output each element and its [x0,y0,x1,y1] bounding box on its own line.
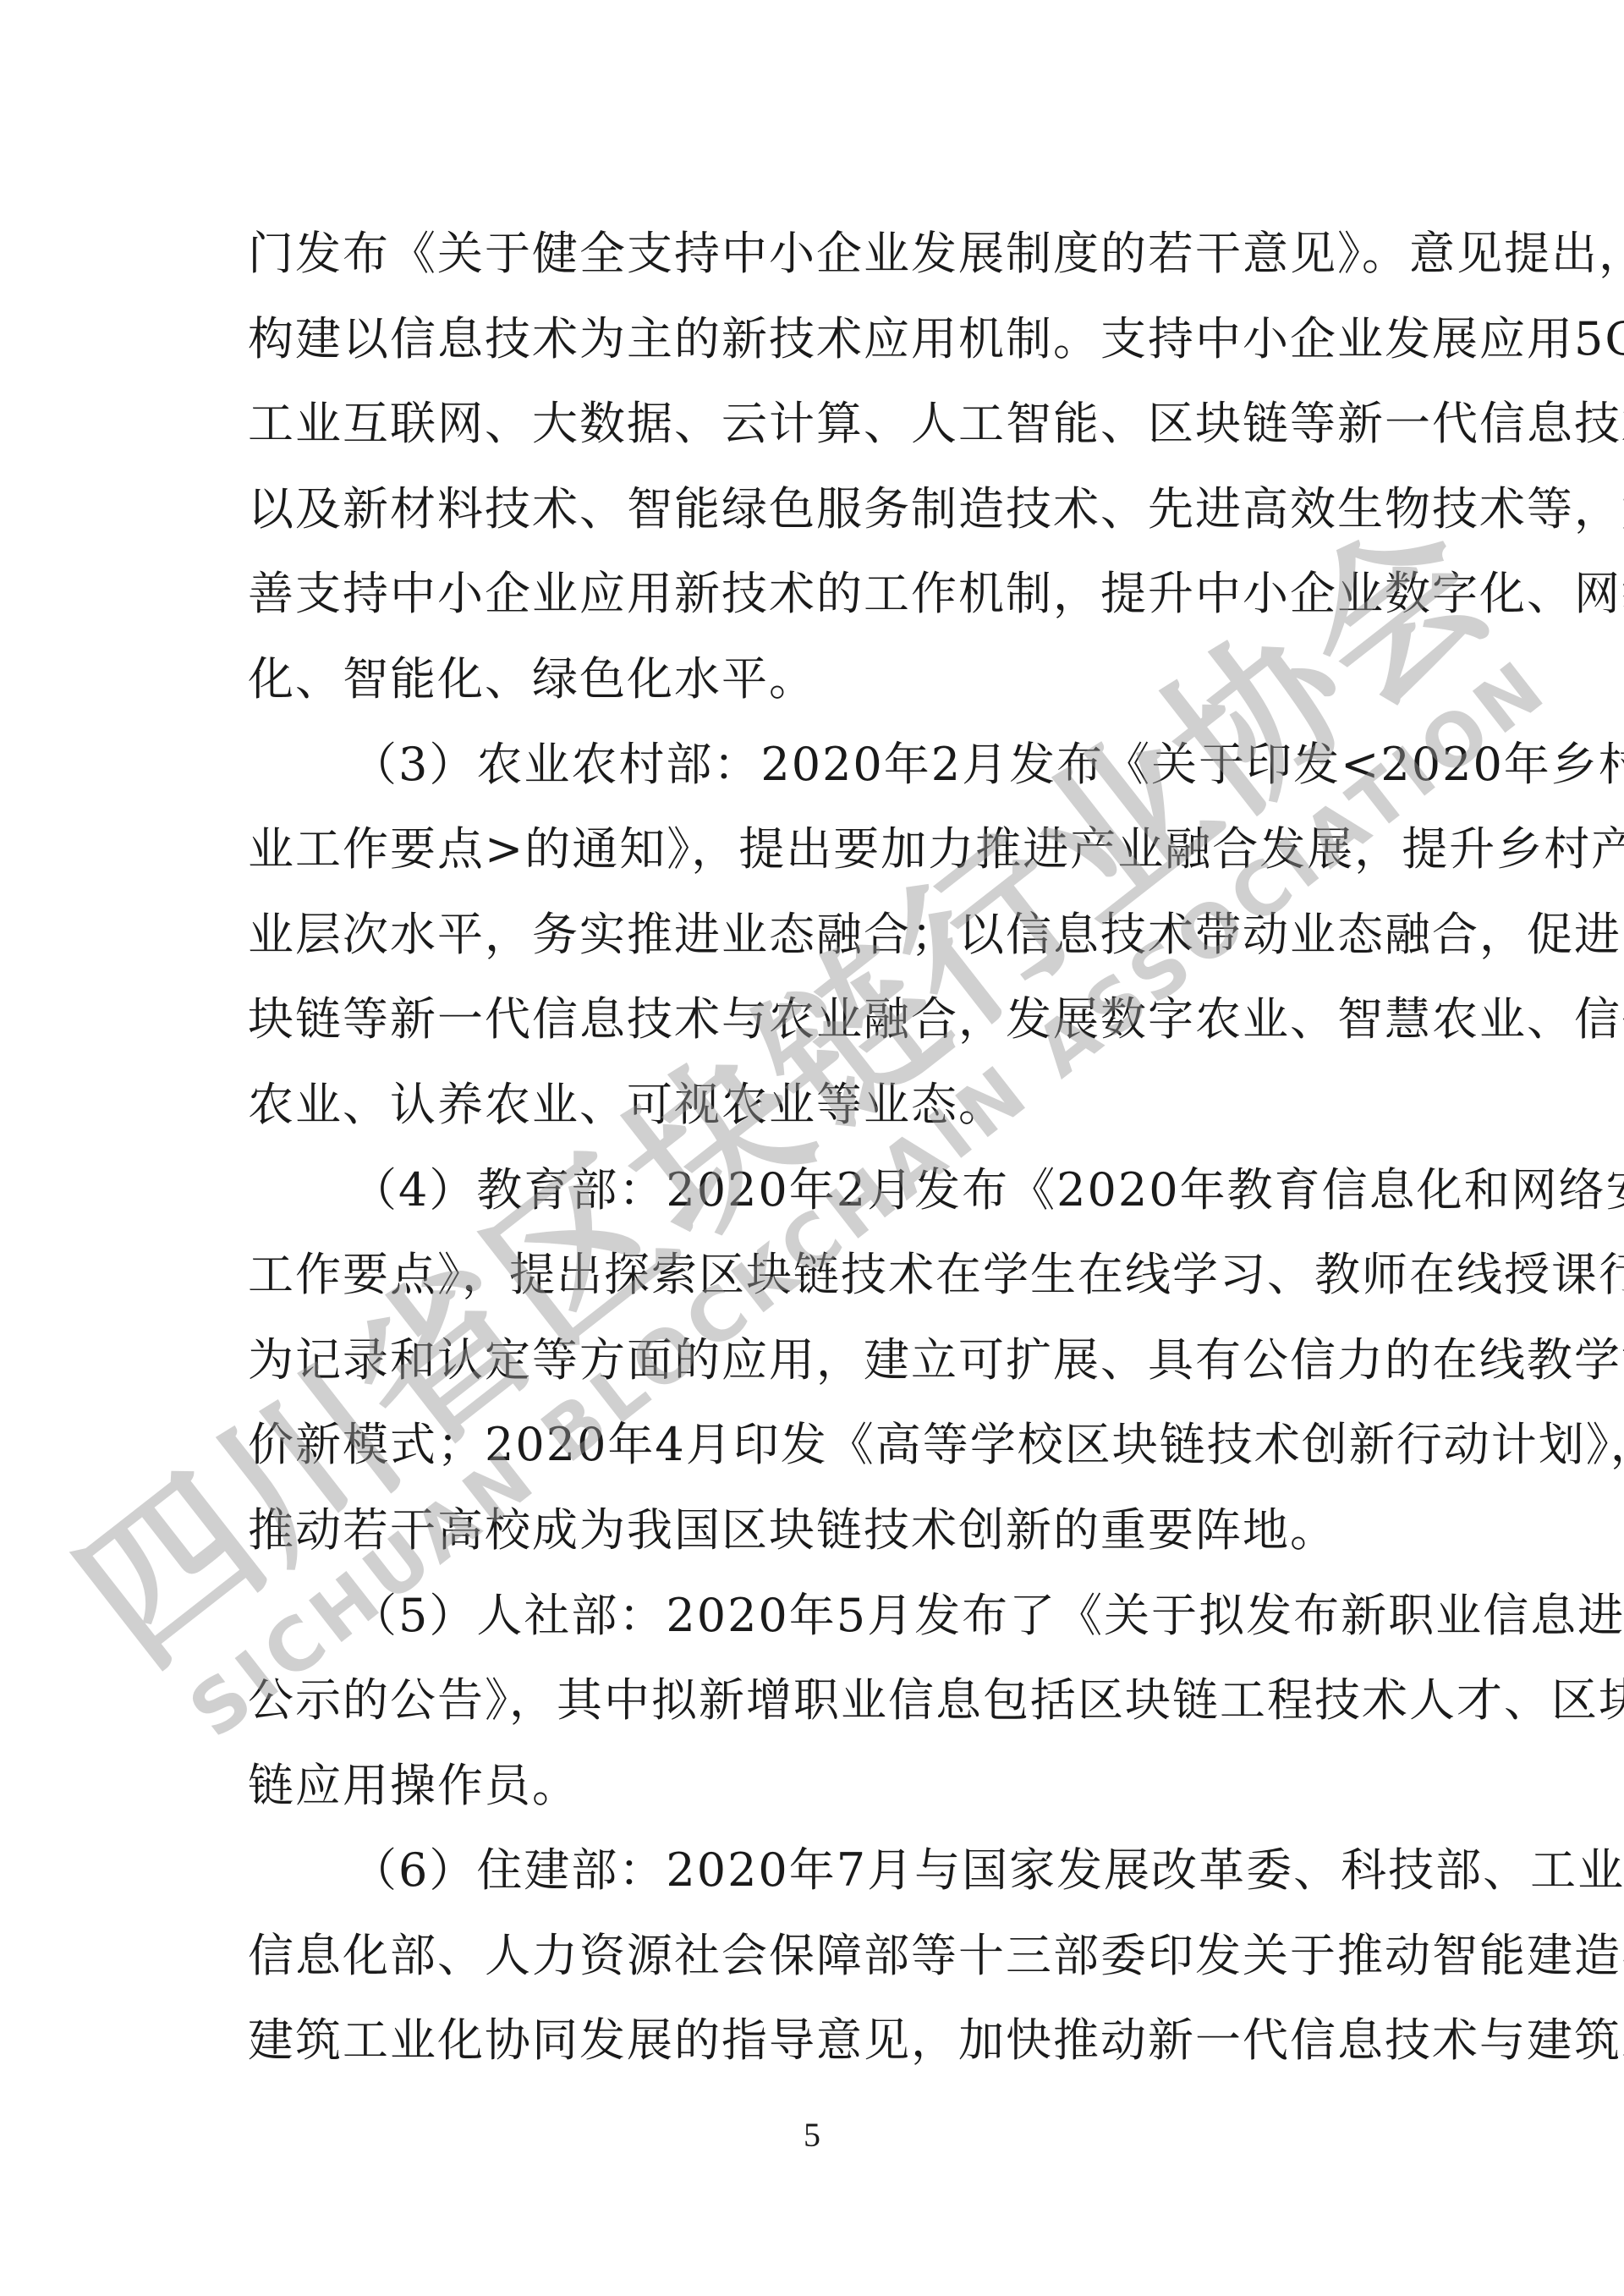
paragraph: （6）住建部：2020年7月与国家发展改革委、科技部、工业和信息化部、人力资源社… [248,1828,1381,2084]
text-line: 以及新材料技术、智能绿色服务制造技术、先进高效生物技术等，完 [248,467,1381,552]
text-line: （4）教育部：2020年2月发布《2020年教育信息化和网络安全 [248,1148,1381,1233]
body-text: 门发布《关于健全支持中小企业发展制度的若干意见》。意见提出，构建以信息技术为主的… [248,211,1381,2084]
text-line: 业工作要点>的通知》，提出要加力推进产业融合发展，提升乡村产 [248,807,1381,893]
text-line: 构建以信息技术为主的新技术应用机制。支持中小企业发展应用5G、 [248,297,1381,382]
paragraph: （4）教育部：2020年2月发布《2020年教育信息化和网络安全工作要点》，提出… [248,1148,1381,1574]
text-line: 信息化部、人力资源社会保障部等十三部委印发关于推动智能建造与 [248,1914,1381,1999]
text-line: 工作要点》，提出探索区块链技术在学生在线学习、教师在线授课行 [248,1233,1381,1318]
text-line: 公示的公告》，其中拟新增职业信息包括区块链工程技术人才、区块 [248,1658,1381,1744]
text-line: 价新模式；2020年4月印发《高等学校区块链技术创新行动计划》， [248,1403,1381,1488]
text-line: 工业互联网、大数据、云计算、人工智能、区块链等新一代信息技术 [248,382,1381,467]
text-line: （6）住建部：2020年7月与国家发展改革委、科技部、工业和 [248,1828,1381,1914]
text-line: （3）农业农村部：2020年2月发布《关于印发<2020年乡村产 [248,722,1381,808]
text-line: 农业、认养农业、可视农业等业态。 [248,1063,1381,1148]
paragraph: （5）人社部：2020年5月发布了《关于拟发布新职业信息进行公示的公告》，其中拟… [248,1574,1381,1829]
page-number: 5 [0,2115,1624,2155]
text-line: 门发布《关于健全支持中小企业发展制度的若干意见》。意见提出， [248,211,1381,297]
document-page: 门发布《关于健全支持中小企业发展制度的若干意见》。意见提出，构建以信息技术为主的… [0,0,1624,2296]
paragraph: （3）农业农村部：2020年2月发布《关于印发<2020年乡村产业工作要点>的通… [248,722,1381,1148]
paragraph: 门发布《关于健全支持中小企业发展制度的若干意见》。意见提出，构建以信息技术为主的… [248,211,1381,722]
text-line: 业层次水平，务实推进业态融合；以信息技术带动业态融合，促进区 [248,893,1381,978]
text-line: 链应用操作员。 [248,1744,1381,1829]
text-line: 为记录和认定等方面的应用，建立可扩展、具有公信力的在线教学评 [248,1318,1381,1403]
text-line: 块链等新一代信息技术与农业融合，发展数字农业、智慧农业、信任 [248,977,1381,1063]
text-line: 建筑工业化协同发展的指导意见，加快推动新一代信息技术与建筑工 [248,1998,1381,2084]
text-line: 善支持中小企业应用新技术的工作机制，提升中小企业数字化、网络 [248,552,1381,637]
text-line: 化、智能化、绿色化水平。 [248,637,1381,722]
text-line: 推动若干高校成为我国区块链技术创新的重要阵地。 [248,1488,1381,1574]
text-line: （5）人社部：2020年5月发布了《关于拟发布新职业信息进行 [248,1574,1381,1659]
